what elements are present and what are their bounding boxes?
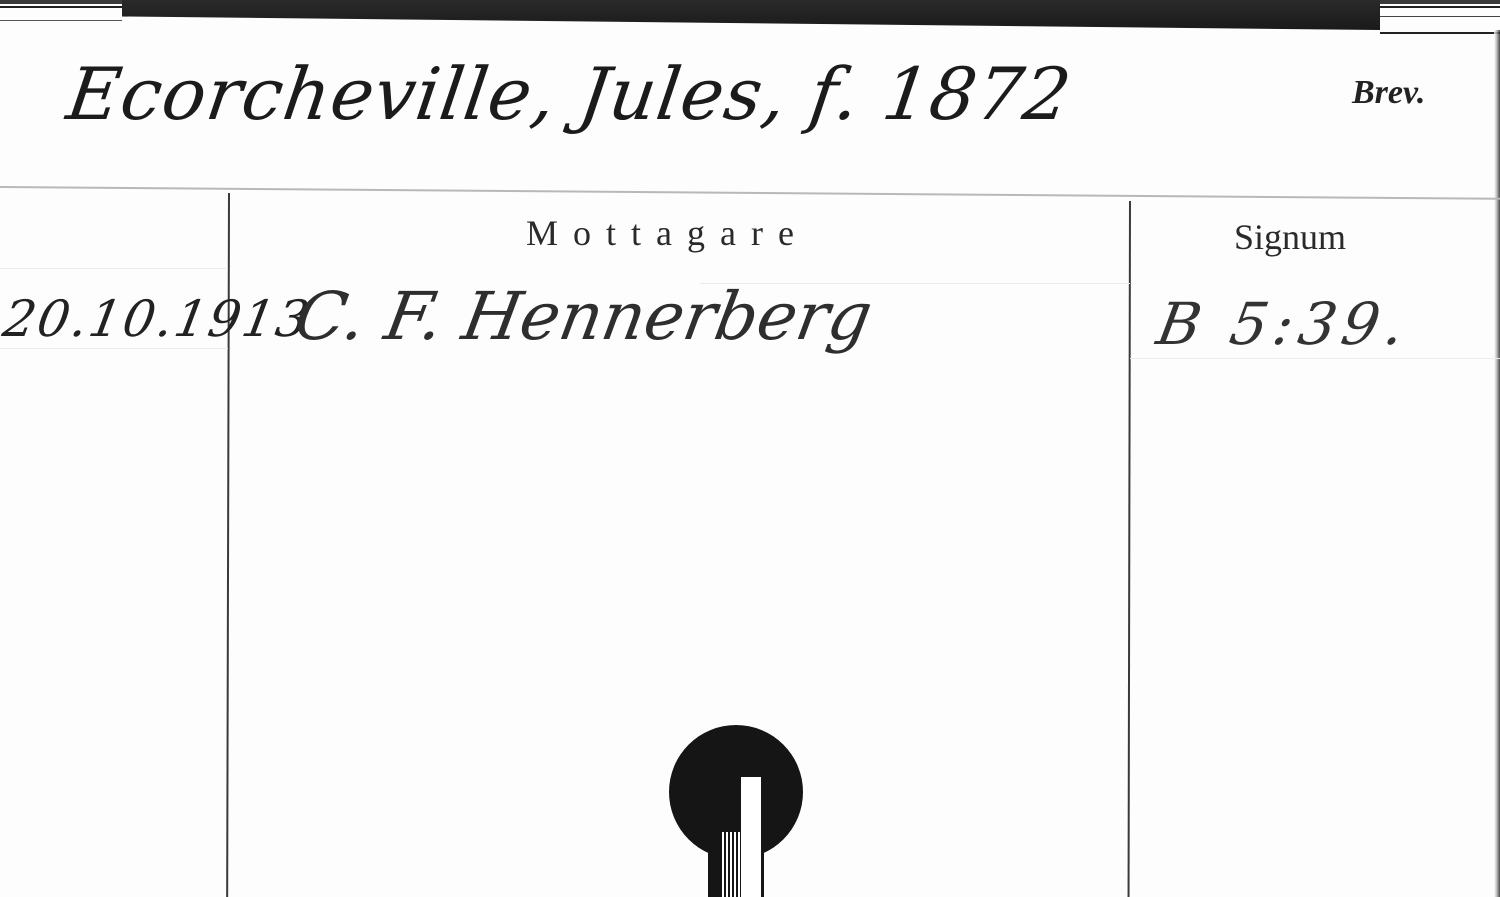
scan-edge-lines-right <box>1380 6 1500 34</box>
column-divider-signum <box>1128 201 1131 897</box>
entry-signum: B 5:39. <box>1152 290 1416 358</box>
ruled-line <box>1130 358 1500 359</box>
scan-shadow-edge <box>122 0 1380 30</box>
catalogue-card: Ecorcheville, Jules, f. 1872 Brev. Motta… <box>0 0 1500 897</box>
scan-edge-lines-left <box>0 6 122 21</box>
entry-recipient: C. F. Hennerberg <box>289 278 877 355</box>
column-header-recipient: Mottagare <box>526 212 809 254</box>
punch-hole-scan-artifact <box>722 832 741 897</box>
ruled-line <box>0 348 228 349</box>
ruled-line <box>0 268 228 269</box>
entry-date: 20.10.1913 <box>0 290 315 348</box>
heading-divider <box>0 186 1500 200</box>
card-type-label: Brev. <box>1352 74 1425 112</box>
punch-hole-rod <box>741 777 761 897</box>
column-header-signum: Signum <box>1234 216 1346 258</box>
scan-border-right <box>1494 30 1500 897</box>
card-heading-name: Ecorcheville, Jules, f. 1872 <box>62 52 1077 136</box>
